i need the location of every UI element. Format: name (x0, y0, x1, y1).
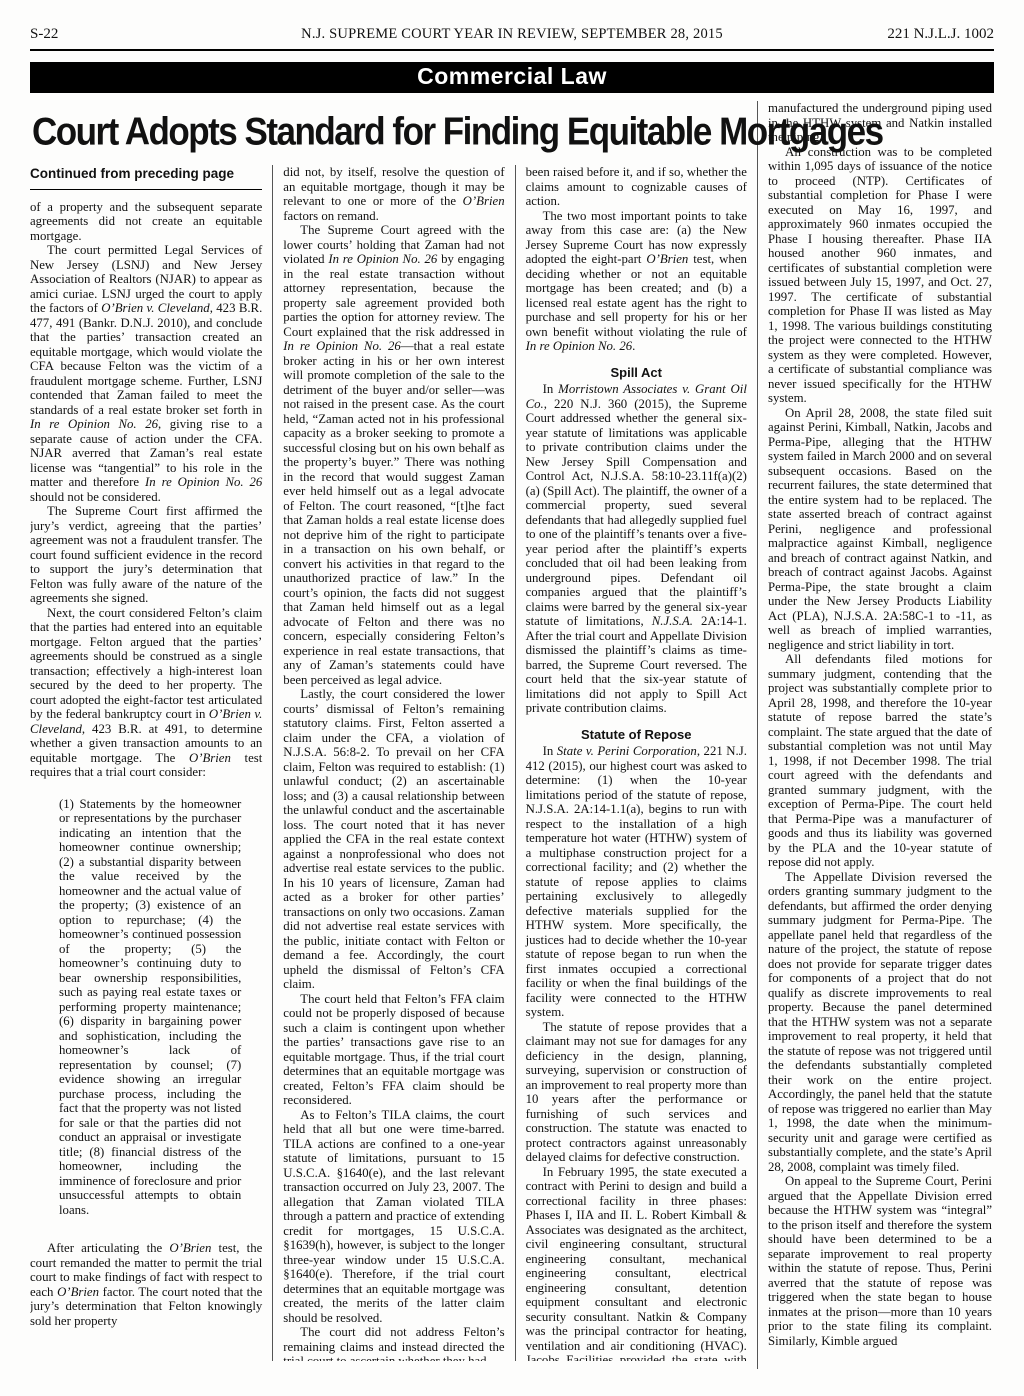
paragraph: The Supreme Court first affirmed the jur… (30, 504, 262, 606)
headline-and-columns: Court Adopts Standard for Finding Equita… (30, 101, 757, 1369)
paragraph: On appeal to the Supreme Court, Perini a… (768, 1174, 992, 1348)
paragraph: Next, the court considered Felton’s clai… (30, 606, 262, 780)
section-banner: Commercial Law (30, 62, 994, 93)
blockquote: (1) Statements by the homeowner or repre… (30, 797, 262, 1218)
paragraph: The court held that Felton’s FFA claim c… (283, 992, 504, 1108)
page-number: S-22 (30, 26, 190, 43)
paragraph: The Supreme Court agreed with the lower … (283, 223, 504, 687)
paragraph: The two most important points to take aw… (526, 209, 747, 354)
paragraph: The court permitted Legal Services of Ne… (30, 243, 262, 504)
column: been raised before it, and if so, whethe… (515, 165, 757, 1361)
paragraph: did not, by itself, resolve the question… (283, 165, 504, 223)
paragraph: of a property and the subsequent separat… (30, 200, 262, 244)
section-heading: Spill Act (526, 366, 747, 381)
paragraph: All defendants filed motions for summary… (768, 652, 992, 870)
column: manufactured the underground piping used… (757, 101, 994, 1369)
paragraph: The Appellate Division reversed the orde… (768, 870, 992, 1175)
article-headline: Court Adopts Standard for Finding Equita… (30, 101, 757, 173)
paragraph: In Morristown Associates v. Grant Oil Co… (526, 382, 747, 716)
paragraph: All construction was to be completed wit… (768, 145, 992, 406)
newspaper-page: S-22 N.J. SUPREME COURT YEAR IN REVIEW, … (0, 0, 1024, 1396)
column-group: Continued from preceding page of a prope… (30, 165, 757, 1361)
edition-title: N.J. SUPREME COURT YEAR IN REVIEW, SEPTE… (190, 26, 834, 43)
section-heading: Statute of Repose (526, 728, 747, 743)
article-content: Court Adopts Standard for Finding Equita… (30, 101, 994, 1369)
column: Continued from preceding page of a prope… (30, 165, 272, 1361)
paragraph: The court did not address Felton’s remai… (283, 1325, 504, 1361)
paragraph: After articulating the O’Brien test, the… (30, 1241, 262, 1328)
paragraph: In State v. Perini Corporation, 221 N.J.… (526, 744, 747, 1020)
paragraph: Lastly, the court considered the lower c… (283, 687, 504, 992)
paragraph: The statute of repose provides that a cl… (526, 1020, 747, 1165)
page-header: S-22 N.J. SUPREME COURT YEAR IN REVIEW, … (30, 26, 994, 51)
citation-label: 221 N.J.L.J. 1002 (834, 26, 994, 43)
paragraph: As to Felton’s TILA claims, the court he… (283, 1108, 504, 1326)
paragraph: On April 28, 2008, the state filed suit … (768, 406, 992, 653)
paragraph: In February 1995, the state executed a c… (526, 1165, 747, 1362)
column: did not, by itself, resolve the question… (272, 165, 514, 1361)
